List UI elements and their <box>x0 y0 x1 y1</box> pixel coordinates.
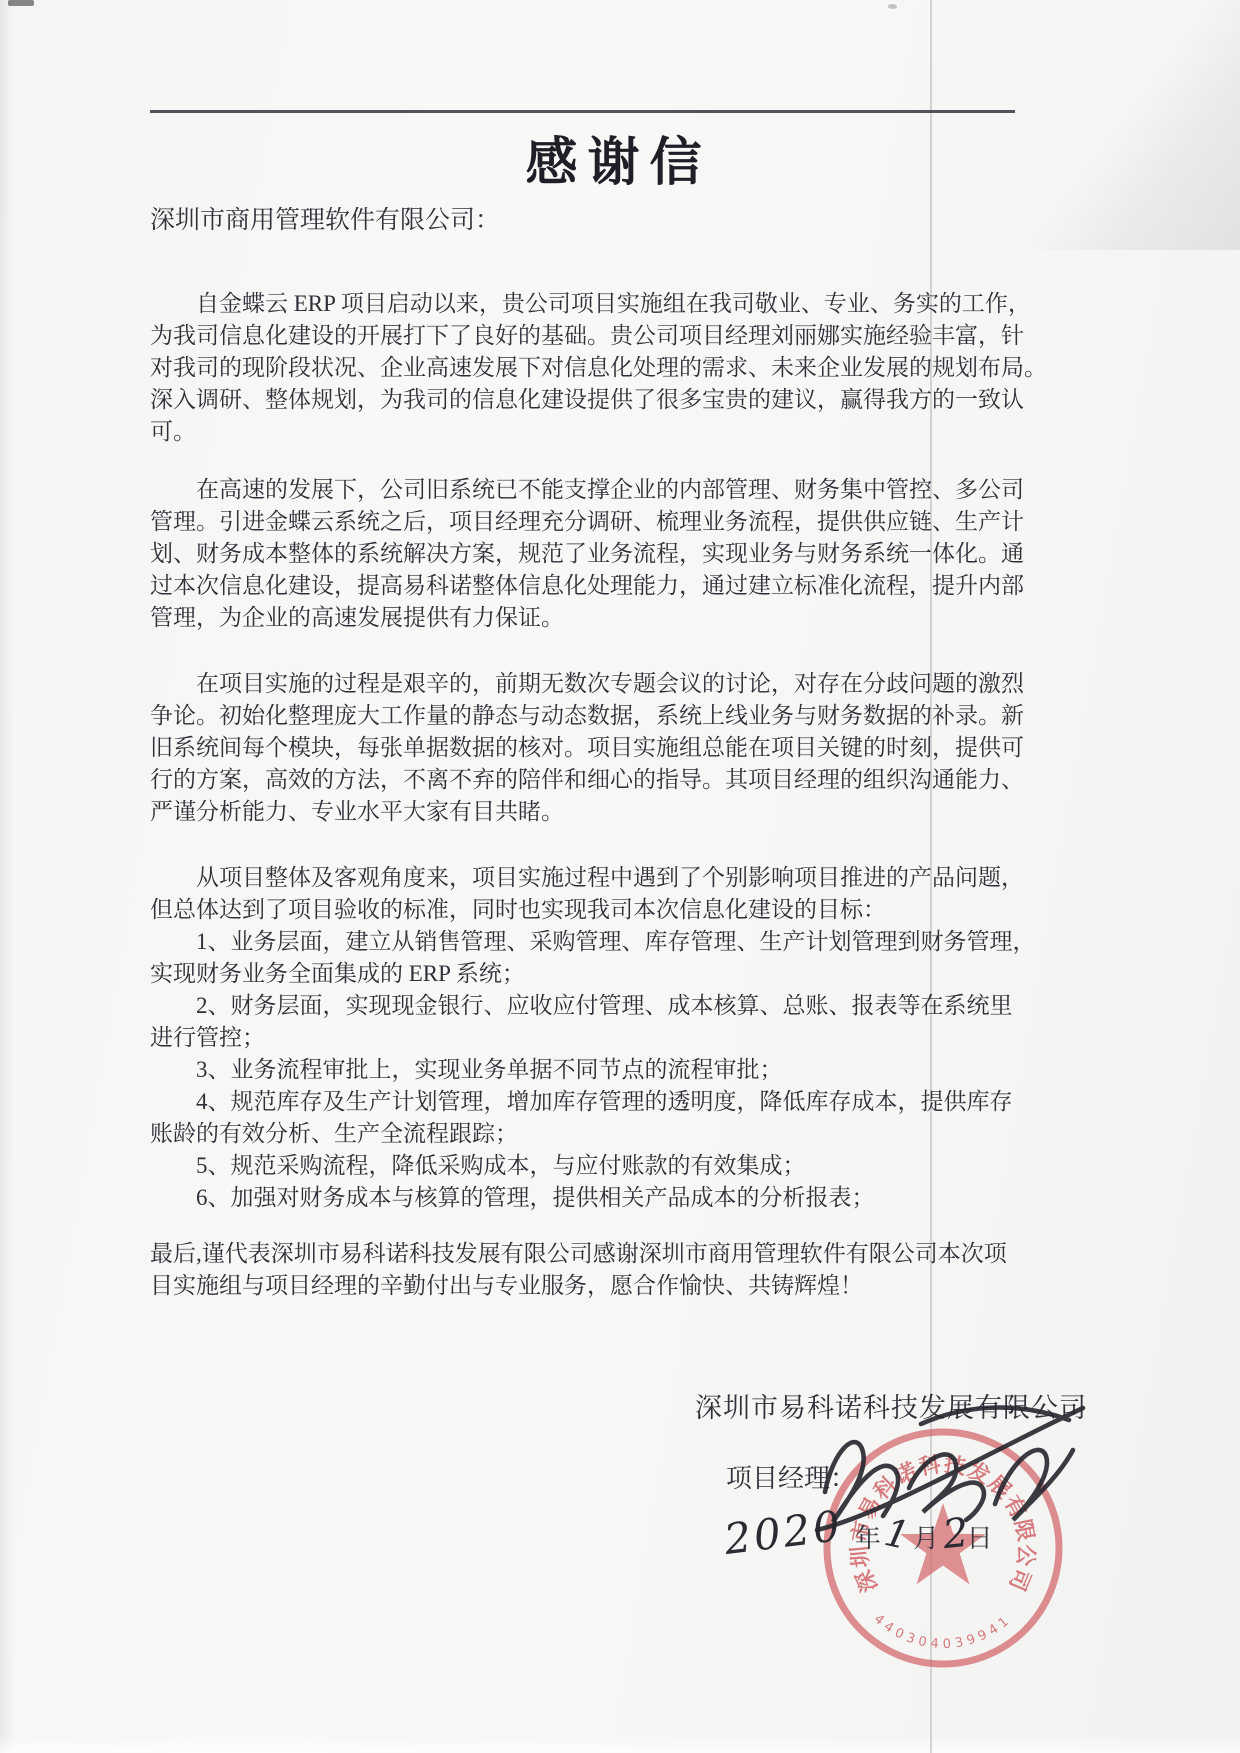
text-line: 可。 <box>150 416 1100 448</box>
scan-smudge <box>8 0 34 6</box>
text-line: 旧系统间每个模块，每张单据数据的核对。项目实施组总能在项目关键的时刻，提供可 <box>150 732 1100 764</box>
text-line: 进行管控； <box>150 1022 1100 1054</box>
list-item: 6、加强对财务成本与核算的管理，提供相关产品成本的分析报表； <box>150 1182 1100 1214</box>
letter-title: 感谢信 <box>150 120 1087 195</box>
paragraph-2: 在高速的发展下，公司旧系统已不能支撑企业的内部管理、财务集中管控、多公司 管理。… <box>150 474 1100 634</box>
text-line: 在高速的发展下，公司旧系统已不能支撑企业的内部管理、财务集中管控、多公司 <box>150 474 1100 506</box>
handwritten-signature <box>803 1392 1095 1550</box>
text-line: 从项目整体及客观角度来，项目实施过程中遇到了个别影响项目推进的产品问题， <box>150 862 1100 894</box>
scanned-letter-page: 感谢信 深圳市商用管理软件有限公司： 自金蝶云 ERP 项目启动以来，贵公司项目… <box>0 0 1240 1753</box>
text-line: 在项目实施的过程是艰辛的，前期无数次专题会议的讨论，对存在分歧问题的激烈 <box>150 668 1100 700</box>
scan-smudge <box>888 4 897 9</box>
paragraph-4-goals-list: 从项目整体及客观角度来，项目实施过程中遇到了个别影响项目推进的产品问题， 但总体… <box>150 862 1100 1214</box>
text-line: 深入调研、整体规划，为我司的信息化建设提供了很多宝贵的建议，赢得我方的一致认 <box>150 384 1100 416</box>
paragraph-3: 在项目实施的过程是艰辛的，前期无数次专题会议的讨论，对存在分歧问题的激烈 争论。… <box>150 668 1100 828</box>
text-line: 严谨分析能力、专业水平大家有目共睹。 <box>150 796 1100 828</box>
text-line: 对我司的现阶段状况、企业高速发展下对信息化处理的需求、未来企业发展的规划布局。 <box>150 352 1100 384</box>
text-line: 过本次信息化建设，提高易科诺整体信息化处理能力，通过建立标准化流程，提升内部 <box>150 570 1100 602</box>
text-line: 但总体达到了项目验收的标准，同时也实现我司本次信息化建设的目标： <box>150 894 1100 926</box>
text-line: 行的方案，高效的方法，不离不弃的陪伴和细心的指导。其项目经理的组织沟通能力、 <box>150 764 1100 796</box>
scan-edge-shade-bottom <box>0 1735 1240 1753</box>
list-item: 4、规范库存及生产计划管理，增加库存管理的透明度，降低库存成本，提供库存 <box>150 1086 1100 1118</box>
list-item: 5、规范采购流程，降低采购成本，与应付账款的有效集成； <box>150 1150 1100 1182</box>
list-item: 3、业务流程审批上，实现业务单据不同节点的流程审批； <box>150 1054 1100 1086</box>
recipient-line: 深圳市商用管理软件有限公司： <box>150 200 500 236</box>
text-line: 实现财务业务全面集成的 ERP 系统； <box>150 958 1100 990</box>
text-line: 账龄的有效分析、生产全流程跟踪； <box>150 1118 1100 1150</box>
letterhead-divider-line <box>150 110 1015 113</box>
paragraph-1: 自金蝶云 ERP 项目启动以来，贵公司项目实施组在我司敬业、专业、务实的工作， … <box>150 288 1100 448</box>
text-line: 自金蝶云 ERP 项目启动以来，贵公司项目实施组在我司敬业、专业、务实的工作， <box>150 288 1100 320</box>
scan-edge-shade-left <box>0 0 14 1753</box>
list-item: 1、业务层面，建立从销售管理、采购管理、库存管理、生产计划管理到财务管理， <box>150 926 1100 958</box>
text-line: 争论。初始化整理庞大工作量的静态与动态数据，系统上线业务与财务数据的补录。新 <box>150 700 1100 732</box>
text-line: 最后,谨代表深圳市易科诺科技发展有限公司感谢深圳市商用管理软件有限公司本次项 <box>150 1238 1100 1270</box>
text-line: 为我司信息化建设的开展打下了良好的基础。贵公司项目经理刘丽娜实施经验丰富，针 <box>150 320 1100 352</box>
list-item: 2、财务层面，实现现金银行、应收应付管理、成本核算、总账、报表等在系统里 <box>150 990 1100 1022</box>
text-line: 目实施组与项目经理的辛勤付出与专业服务，愿合作愉快、共铸辉煌！ <box>150 1270 1100 1302</box>
svg-text:440304039941: 440304039941 <box>871 1612 1015 1652</box>
text-line: 管理，为企业的高速发展提供有力保证。 <box>150 602 1100 634</box>
closing-paragraph: 最后,谨代表深圳市易科诺科技发展有限公司感谢深圳市商用管理软件有限公司本次项 目… <box>150 1238 1100 1302</box>
text-line: 管理。引进金蝶云系统之后，项目经理充分调研、梳理业务流程，提供供应链、生产计 <box>150 506 1100 538</box>
text-line: 划、财务成本整体的系统解决方案，规范了业务流程，实现业务与财务系统一体化。通 <box>150 538 1100 570</box>
seal-serial-number: 440304039941 <box>871 1612 1015 1652</box>
